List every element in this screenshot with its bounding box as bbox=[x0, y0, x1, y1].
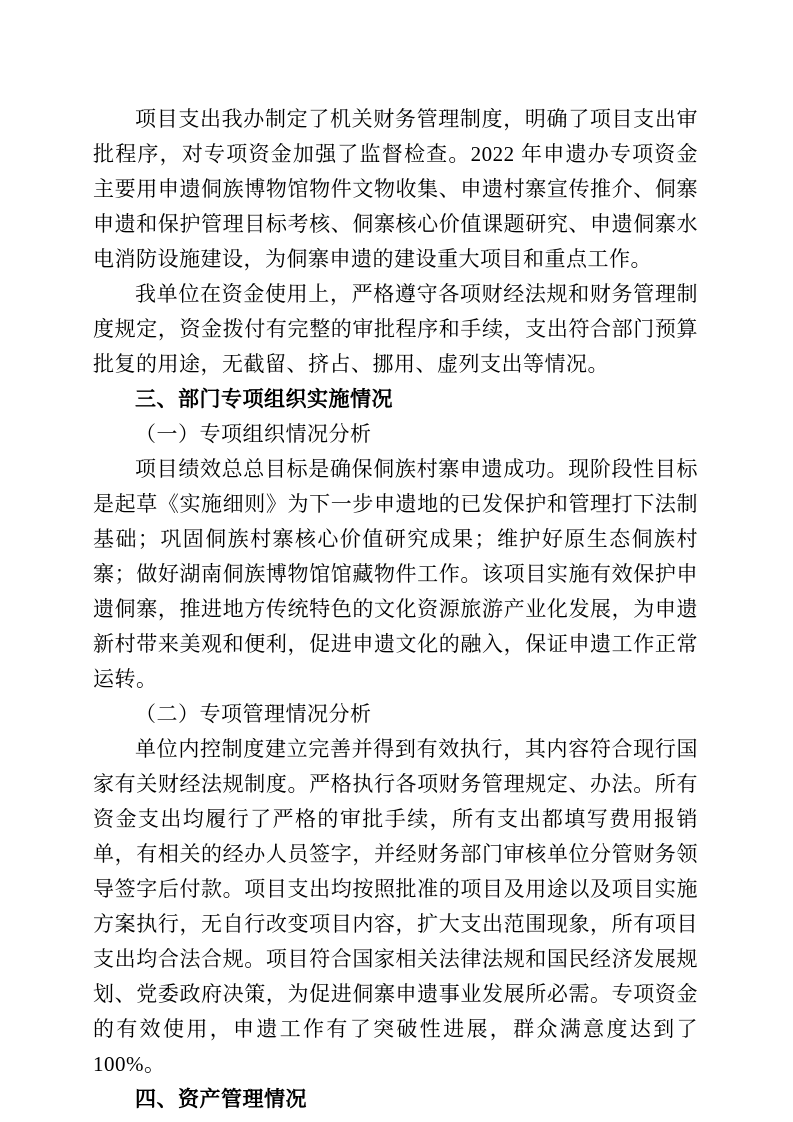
section-heading-4-asset-management: 四、资产管理情况 bbox=[93, 1082, 698, 1117]
document-page: 项目支出我办制定了机关财务管理制度，明确了项目支出审批程序，对专项资金加强了监督… bbox=[0, 0, 793, 1122]
subsection-heading-1-org-analysis: （一）专项组织情况分析 bbox=[93, 417, 698, 452]
document-body: 项目支出我办制定了机关财务管理制度，明确了项目支出审批程序，对专项资金加强了监督… bbox=[93, 102, 698, 1117]
body-paragraph-internal-control: 单位内控制度建立完善并得到有效执行，其内容符合现行国家有关财经法规制度。严格执行… bbox=[93, 732, 698, 1082]
body-paragraph-project-expenditure: 项目支出我办制定了机关财务管理制度，明确了项目支出审批程序，对专项资金加强了监督… bbox=[93, 102, 698, 277]
body-paragraph-performance-goals: 项目绩效总总目标是确保侗族村寨申遗成功。现阶段性目标是起草《实施细则》为下一步申… bbox=[93, 452, 698, 697]
subsection-heading-2-management-analysis: （二）专项管理情况分析 bbox=[93, 697, 698, 732]
body-paragraph-fund-usage: 我单位在资金使用上，严格遵守各项财经法规和财务管理制度规定，资金拨付有完整的审批… bbox=[93, 277, 698, 382]
section-heading-3-org-implementation: 三、部门专项组织实施情况 bbox=[93, 382, 698, 417]
